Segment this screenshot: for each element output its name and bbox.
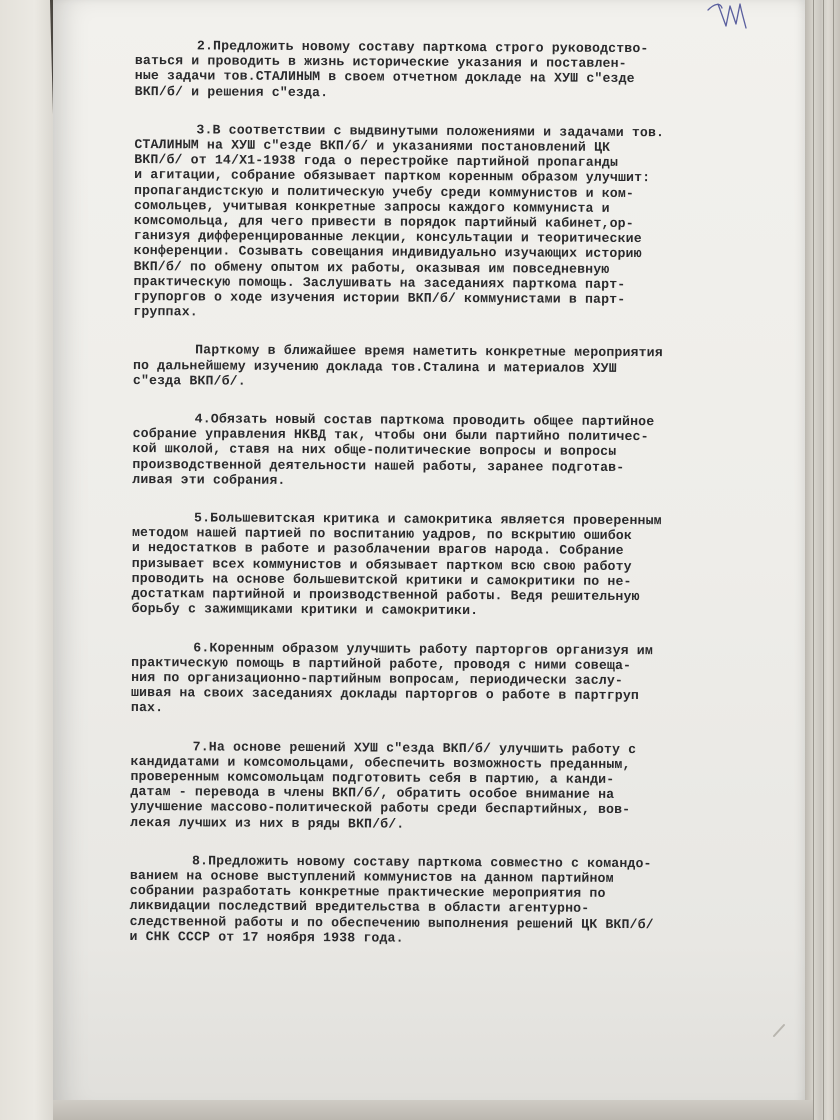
numbered-paragraph-5: 5.Большевитская критика и самокритика яв… [131, 510, 802, 621]
pencil-stroke-icon [770, 1020, 790, 1040]
text-line: пах. [131, 700, 801, 719]
text-line: борьбу с зажимщиками критики и самокрити… [131, 601, 801, 620]
text-line: ВКП/б/ и решения с"езда. [135, 84, 805, 103]
text-line: группах. [133, 304, 803, 323]
numbered-paragraph-7: 7.На основе решений ХУШ с"езда ВКП/б/ ул… [130, 739, 801, 834]
page-stack-edge [805, 0, 840, 1120]
typewritten-text: 2.Предложить новому составу парткома стр… [129, 38, 805, 971]
paragraph: Парткому в ближайшее время наметить конк… [133, 342, 803, 392]
numbered-paragraph-2: 2.Предложить новому составу парткома стр… [135, 38, 805, 103]
text-line: ливая эти собрания. [132, 472, 802, 491]
text-line: лекая лучших из них в ряды ВКП/б/. [130, 815, 800, 834]
numbered-paragraph-4: 4.Обязать новый состав парткома проводит… [132, 411, 802, 491]
handwritten-signature-icon [700, 0, 760, 30]
numbered-paragraph-3: 3.В соответствии с выдвинутыми положения… [133, 122, 804, 324]
numbered-paragraph-6: 6.Коренным образом улучшить работу парто… [131, 639, 801, 719]
page-bottom-edge [53, 1100, 813, 1120]
text-line: с"езда ВКП/б/. [133, 373, 803, 392]
text-line: и СНК СССР от 17 ноября 1938 года. [129, 929, 799, 948]
left-facing-page [0, 0, 58, 1120]
numbered-paragraph-8: 8.Предложить новому составу парткома сов… [129, 853, 800, 948]
